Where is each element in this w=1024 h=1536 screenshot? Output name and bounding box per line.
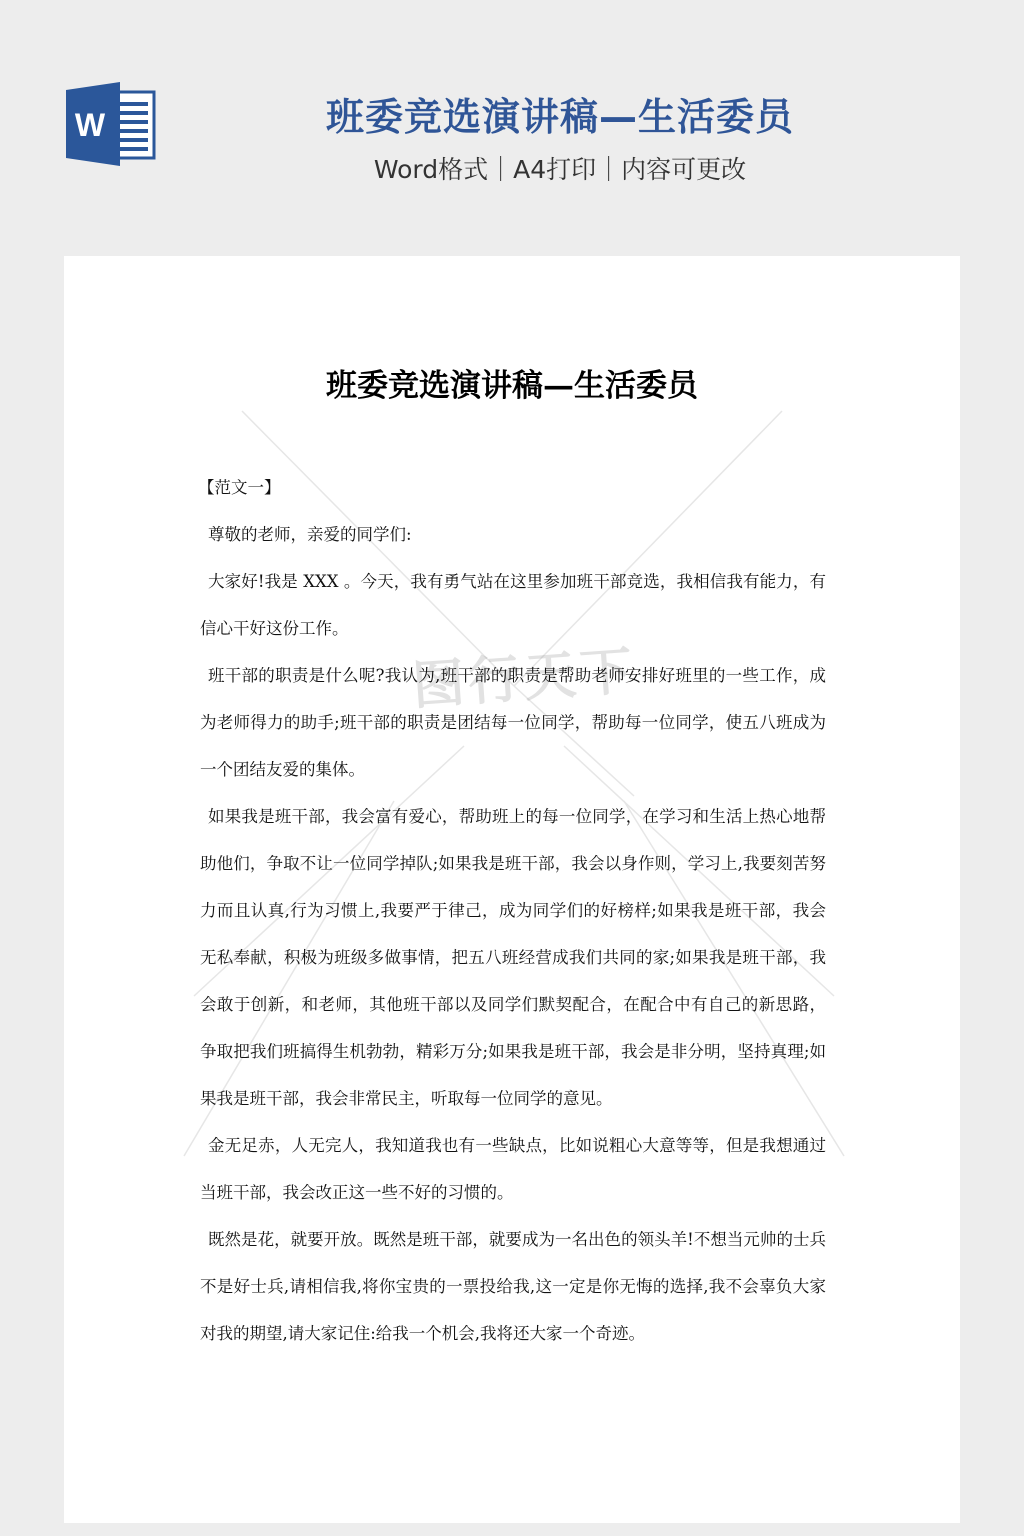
paragraph-shortcomings: 金无足赤，人无完人，我知道我也有一些缺点，比如说粗心大意等等，但是我想通过当班干… (200, 1122, 826, 1216)
document-body: 【范文一】 尊敬的老师，亲爱的同学们: 大家好!我是 XXX 。今天，我有勇气站… (200, 464, 826, 1357)
paragraph-intro: 大家好!我是 XXX 。今天，我有勇气站在这里参加班干部竞选，我相信我有能力，有… (200, 558, 826, 652)
paragraph-duties: 班干部的职责是什么呢?我认为,班干部的职责是帮助老师安排好班里的一些工作，成为老… (200, 652, 826, 793)
banner-subtitle: Word格式｜A4打印｜内容可更改 (300, 152, 820, 188)
svg-text:W: W (75, 107, 106, 143)
section-label: 【范文一】 (198, 464, 826, 511)
word-document-icon: W (64, 82, 156, 166)
paragraph-greeting: 尊敬的老师，亲爱的同学们: (200, 511, 826, 558)
banner-title: 班委竞选演讲稿—生活委员 (300, 92, 820, 142)
document-title: 班委竞选演讲稿—生活委员 (64, 364, 960, 408)
document-page: 图行天下 班委竞选演讲稿—生活委员 【范文一】 尊敬的老师，亲爱的同学们: 大家… (64, 256, 960, 1523)
banner-header: W 班委竞选演讲稿—生活委员 Word格式｜A4打印｜内容可更改 (0, 0, 1024, 256)
paragraph-closing: 既然是花，就要开放。既然是班干部，就要成为一名出色的领头羊!不想当元帅的士兵不是… (200, 1216, 826, 1357)
paragraph-pledges: 如果我是班干部，我会富有爱心，帮助班上的每一位同学，在学习和生活上热心地帮助他们… (200, 793, 826, 1122)
